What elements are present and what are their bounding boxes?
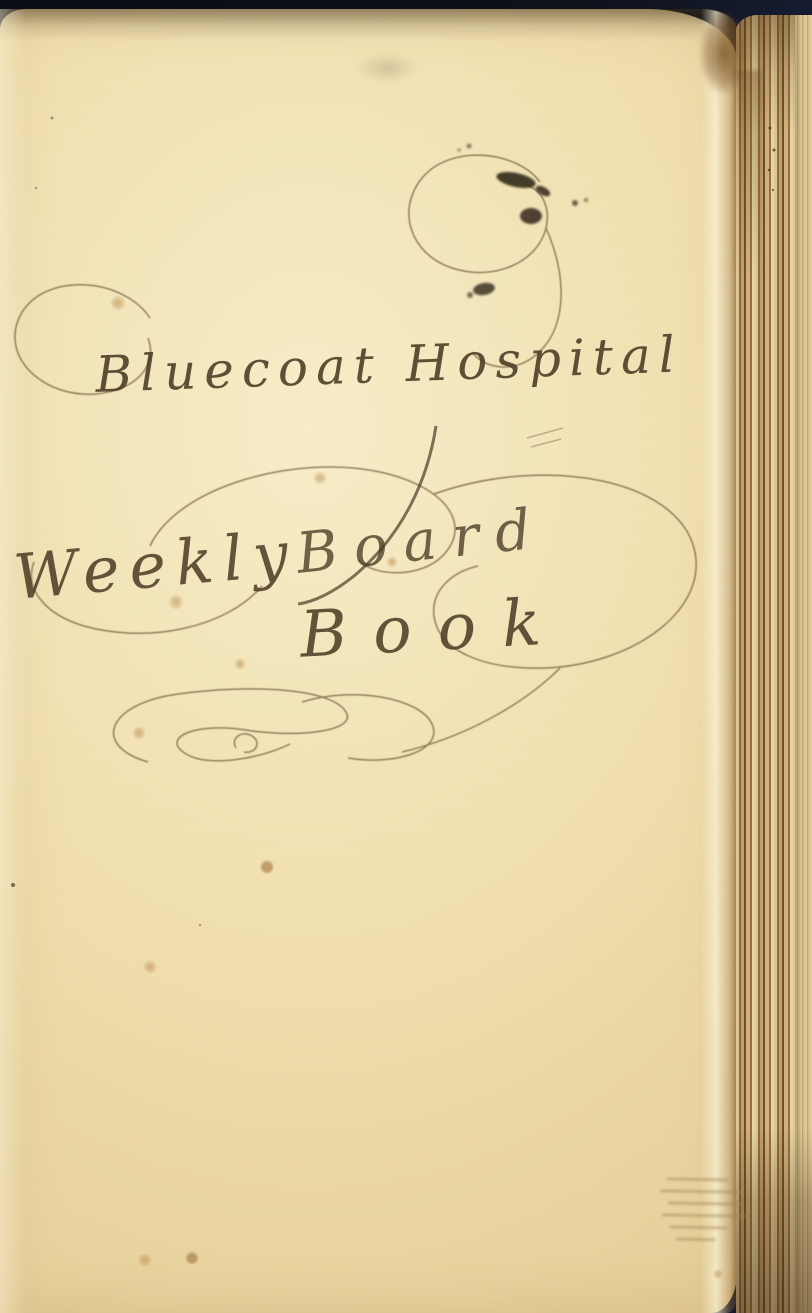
faint-grey-smudge	[345, 48, 429, 88]
fore-edge-outer-band	[795, 15, 812, 1313]
book-photograph: Bluecoat Hospital Weekly Board Book	[0, 0, 812, 1313]
manuscript-page	[0, 9, 737, 1313]
top-corner-stain-tail	[736, 70, 762, 300]
page-left-highlight	[0, 9, 26, 1313]
page-top-shadow	[0, 9, 737, 41]
page-right-edge	[701, 9, 737, 1313]
fore-edge-bottom-shadow	[736, 1128, 812, 1313]
